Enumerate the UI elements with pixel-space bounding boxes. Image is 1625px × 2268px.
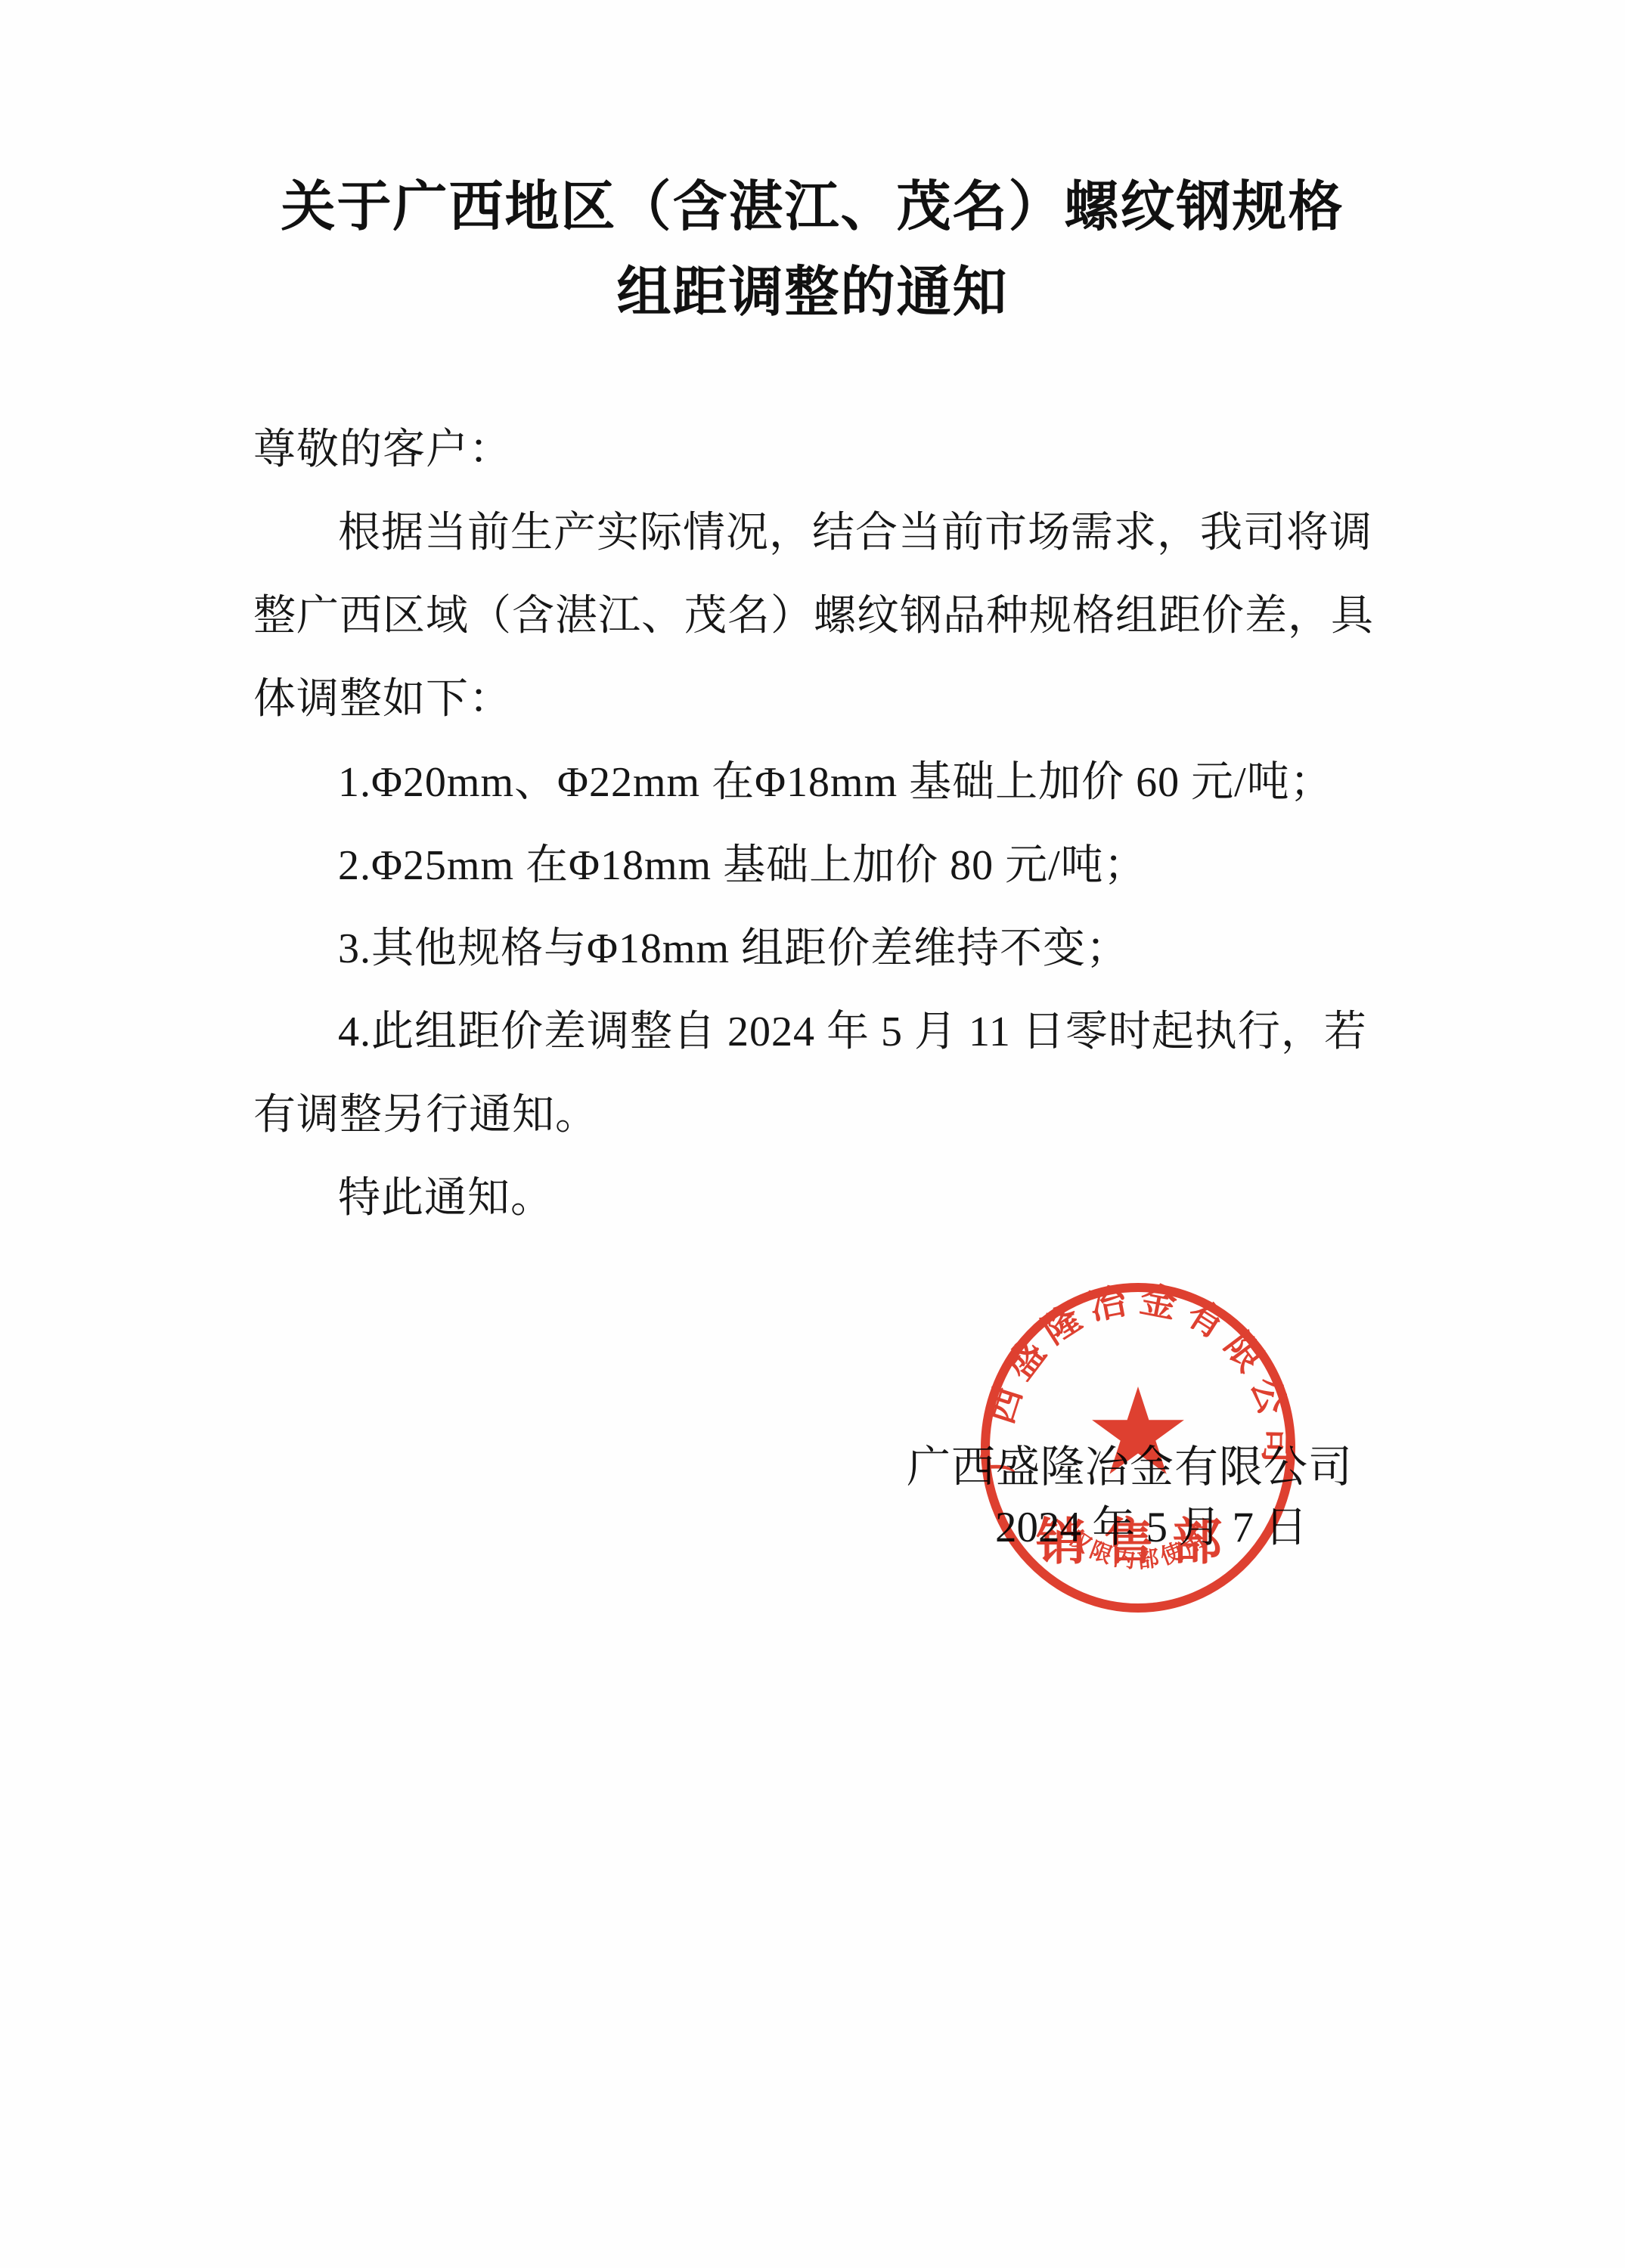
body-line: 有调整另行通知。 [253, 1074, 1388, 1157]
body-line: 整广西区域（含湛江、茂名）螺纹钢品种规格组距价差，具 [253, 575, 1388, 658]
page-title-line2: 组距调整的通知 [0, 250, 1625, 336]
closing-line: 特此通知。 [253, 1157, 1388, 1240]
page-title: 关于广西地区（含湛江、茂名）螺纹钢规格 组距调整的通知 [0, 165, 1625, 336]
page-title-line1: 关于广西地区（含湛江、茂名）螺纹钢规格 [0, 165, 1625, 250]
body-line: 体调整如下： [253, 658, 1388, 741]
list-item: 3.其他规格与Φ18mm 组距价差维持不变； [253, 907, 1388, 990]
list-item: 2.Φ25mm 在Φ18mm 基础上加价 80 元/吨； [253, 824, 1388, 907]
notice-body: 尊敬的客户： 根据当前生产实际情况，结合当前市场需求，我司将调 整广西区域（含湛… [253, 408, 1388, 1240]
body-line: 根据当前生产实际情况，结合当前市场需求，我司将调 [253, 491, 1388, 575]
company-seal: 广西盛隆冶金有限公司 销售部 （仅限内部使用） [975, 1278, 1301, 1618]
salutation: 尊敬的客户： [253, 408, 1388, 491]
notice-document: 关于广西地区（含湛江、茂名）螺纹钢规格 组距调整的通知 尊敬的客户： 根据当前生… [0, 0, 1625, 2268]
seal-star-icon [1092, 1387, 1184, 1474]
list-item: 1.Φ20mm、Φ22mm 在Φ18mm 基础上加价 60 元/吨； [253, 741, 1388, 824]
list-item: 4.此组距价差调整自 2024 年 5 月 11 日零时起执行，若 [253, 990, 1388, 1074]
